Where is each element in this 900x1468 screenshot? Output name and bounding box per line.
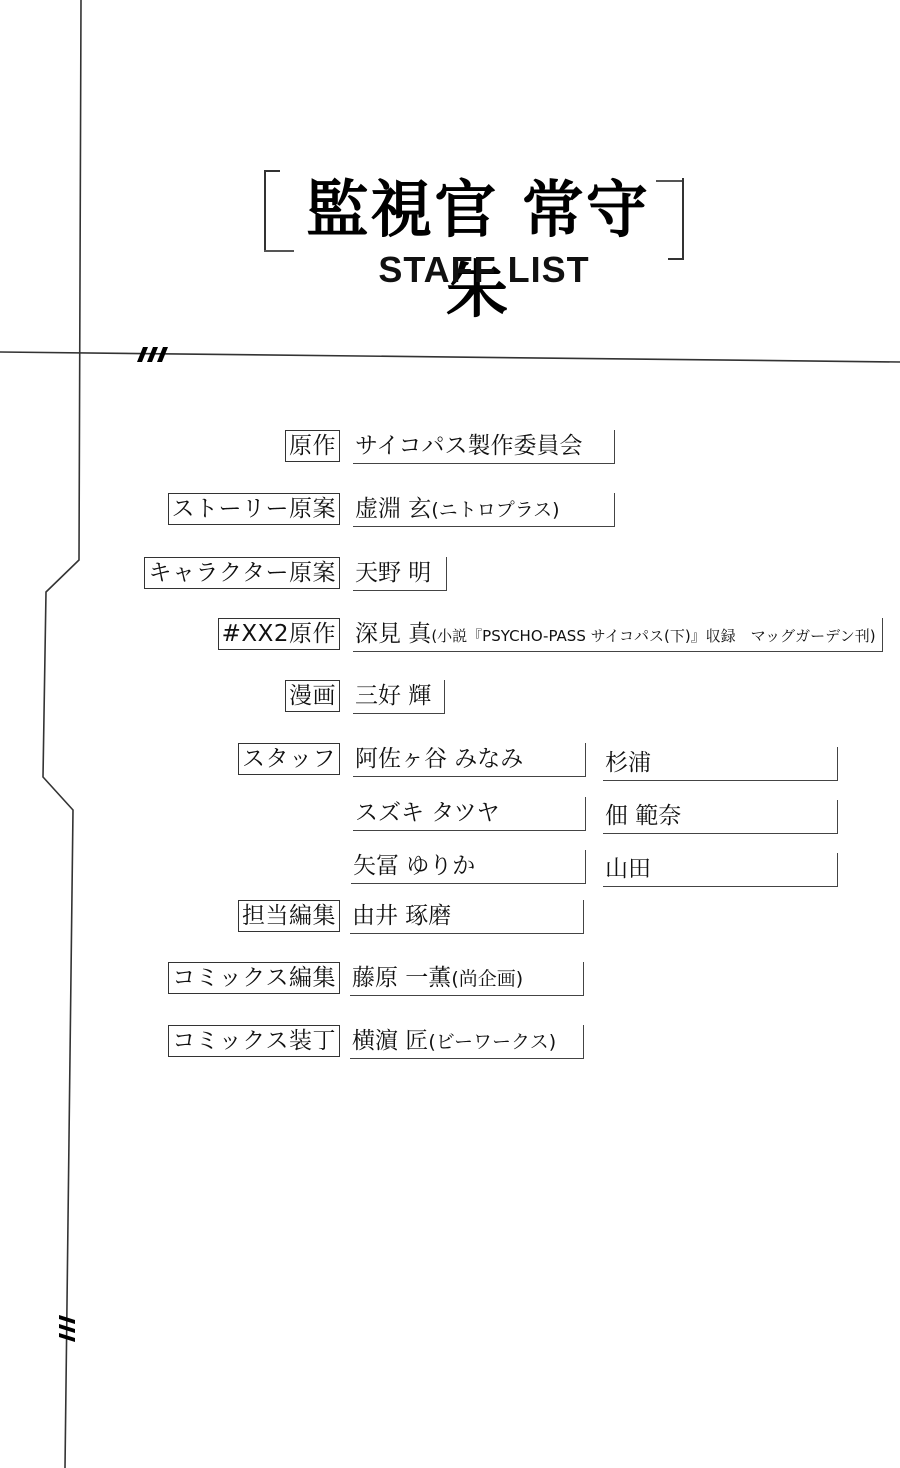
credit-label: 担当編集 [238,900,340,932]
credit-row-story: ストーリー原案 虚淵 玄(ニトロプラス) [0,493,900,533]
credit-affiliation: (ビーワークス) [428,1031,556,1053]
credit-name: 深見 真 [355,621,431,647]
credit-row-staff: スタッフ 阿佐ヶ谷 みなみ 杉浦 スズキ タツヤ 佃 範奈 矢冨 ゆりか 山田 [0,743,900,893]
credit-value: 藤原 一薫(尚企画) [350,962,584,996]
title-block: 監視官 常守朱 STAFF LIST [264,170,684,290]
staff-name-text: 佃 範奈 [605,803,681,829]
slash-mark-bottom-icon [59,1315,75,1342]
credit-label: ストーリー原案 [168,493,341,525]
page-subtitle: STAFF LIST [264,248,704,292]
credit-source-note: (小説『PSYCHO-PASS サイコパス(下)』収録 マッグガーデン刊) [431,627,875,645]
credit-name: 由井 琢磨 [352,903,451,929]
credit-value: 深見 真(小説『PSYCHO-PASS サイコパス(下)』収録 マッグガーデン刊… [353,618,883,652]
credit-label: 原作 [285,430,340,462]
credit-name: 天野 明 [355,560,431,586]
credit-value: 虚淵 玄(ニトロプラス) [353,493,615,527]
staff-name: 矢冨 ゆりか [351,850,586,884]
credit-label: 漫画 [285,680,340,712]
credit-row-comics-design: コミックス装丁 横濵 匠(ビーワークス) [0,1025,900,1065]
staff-name: スズキ タツヤ [353,797,586,831]
staff-name-text: 山田 [605,856,651,882]
credit-name: 虚淵 玄 [355,496,431,522]
credit-label: コミックス装丁 [168,1025,340,1057]
credit-row-original: 原作 サイコパス製作委員会 [0,430,900,470]
credit-value: 横濵 匠(ビーワークス) [350,1025,584,1059]
staff-name: 阿佐ヶ谷 みなみ [353,743,586,777]
staff-name-text: 杉浦 [605,750,651,776]
staff-name: 山田 [603,853,838,887]
credit-name: 横濵 匠 [352,1028,428,1054]
slash-mark-top-icon [137,347,168,362]
credit-affiliation: (尚企画) [451,968,523,990]
credit-value: 由井 琢磨 [350,900,584,934]
credit-affiliation: (ニトロプラス) [431,499,559,521]
credit-row-editor: 担当編集 由井 琢磨 [0,900,900,940]
staff-name-text: スズキ タツヤ [355,800,500,826]
staff-name: 佃 範奈 [603,800,838,834]
credit-label: スタッフ [238,743,340,775]
staff-name: 杉浦 [603,747,838,781]
credit-value: 三好 輝 [353,680,445,714]
credit-value: サイコパス製作委員会 [353,430,615,464]
staff-name-text: 阿佐ヶ谷 みなみ [355,746,523,772]
credit-name: サイコパス製作委員会 [355,433,582,459]
credit-label: キャラクター原案 [144,557,340,589]
credit-label: コミックス編集 [168,962,340,994]
credit-value: 天野 明 [353,557,447,591]
credit-row-manga: 漫画 三好 輝 [0,680,900,720]
credit-row-episode: #XX2原作 深見 真(小説『PSYCHO-PASS サイコパス(下)』収録 マ… [0,618,900,658]
credit-row-character: キャラクター原案 天野 明 [0,557,900,597]
credit-name: 三好 輝 [355,683,431,709]
staff-name-text: 矢冨 ゆりか [353,853,475,879]
credit-row-comics-editor: コミックス編集 藤原 一薫(尚企画) [0,962,900,1002]
credit-label: #XX2原作 [218,618,340,650]
credit-name: 藤原 一薫 [352,965,451,991]
